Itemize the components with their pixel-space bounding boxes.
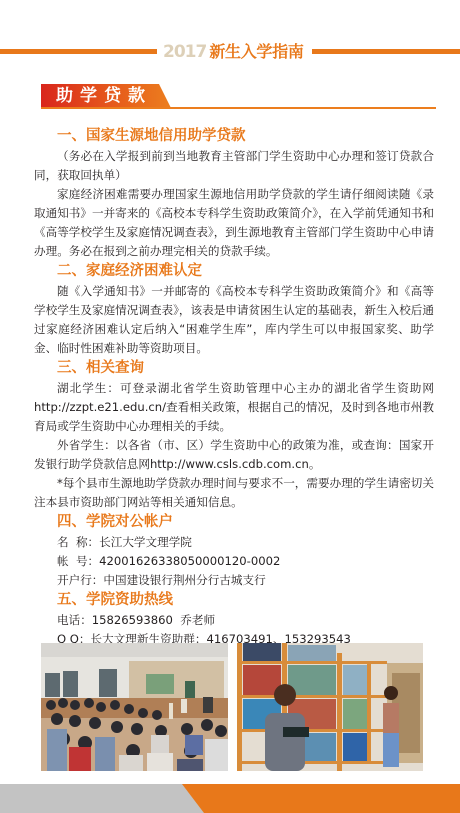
heading-hardship-certification: 二、家庭经济困难认定 [34,261,434,282]
header-rule-right [312,49,460,54]
section-header: 助学贷款 [41,84,436,109]
page-footer-band [0,784,460,813]
page-header: 2017新生入学指南 [0,40,460,64]
heading-aid-hotline: 五、学院资助热线 [34,590,434,611]
footer-orange-band [182,784,460,813]
hotline-phone: 电话：15826593860 乔老师 [34,611,434,630]
heading-related-inquiry: 三、相关查询 [34,358,434,379]
account-number: 帐 号：42001626338050000120-0002 [34,552,434,571]
inquiry-hubei-students: 湖北学生：可登录湖北省学生资助管理中心主办的湖北省学生资助网http://zzp… [34,379,434,436]
inquiry-notice: *每个县市生源地助学贷款办理时间与要求不一，需要办理的学生请密切关注本县市资助部… [34,474,434,512]
account-name: 名 称：长江大学文理学院 [34,533,434,552]
section-underline [41,107,436,109]
library-photo [237,643,423,771]
national-loan-body: 家庭经济困难需要办理国家生源地信用助学贷款的学生请仔细阅读随《录取通知书》一并寄… [34,185,434,261]
heading-college-account: 四、学院对公帐户 [34,512,434,533]
section-title-badge: 助学贷款 [41,84,171,108]
header-year: 2017 [163,42,206,62]
header-guide-title: 新生入学指南 [209,42,303,61]
inquiry-other-province-students: 外省学生：以各省（市、区）学生资助中心的政策为准，或查询：国家开发银行助学贷款信… [34,436,434,474]
header-rule-left [0,49,157,54]
article-body: 一、国家生源地信用助学贷款 （务必在入学报到前到当地教育主管部门学生资助中心办理… [34,126,434,649]
national-loan-note: （务必在入学报到前到当地教育主管部门学生资助中心办理和签订贷款合同，获取回执单） [34,147,434,185]
header-title: 2017新生入学指南 [163,40,304,64]
heading-national-loan: 一、国家生源地信用助学贷款 [34,126,434,147]
photo-strip [41,643,423,771]
hardship-certification-body: 随《入学通知书》一并邮寄的《高校本专科学生资助政策简介》和《高等学校学生及家庭情… [34,282,434,358]
lecture-photo [41,643,228,771]
account-bank: 开户行：中国建设银行荆州分行古城支行 [34,571,434,590]
